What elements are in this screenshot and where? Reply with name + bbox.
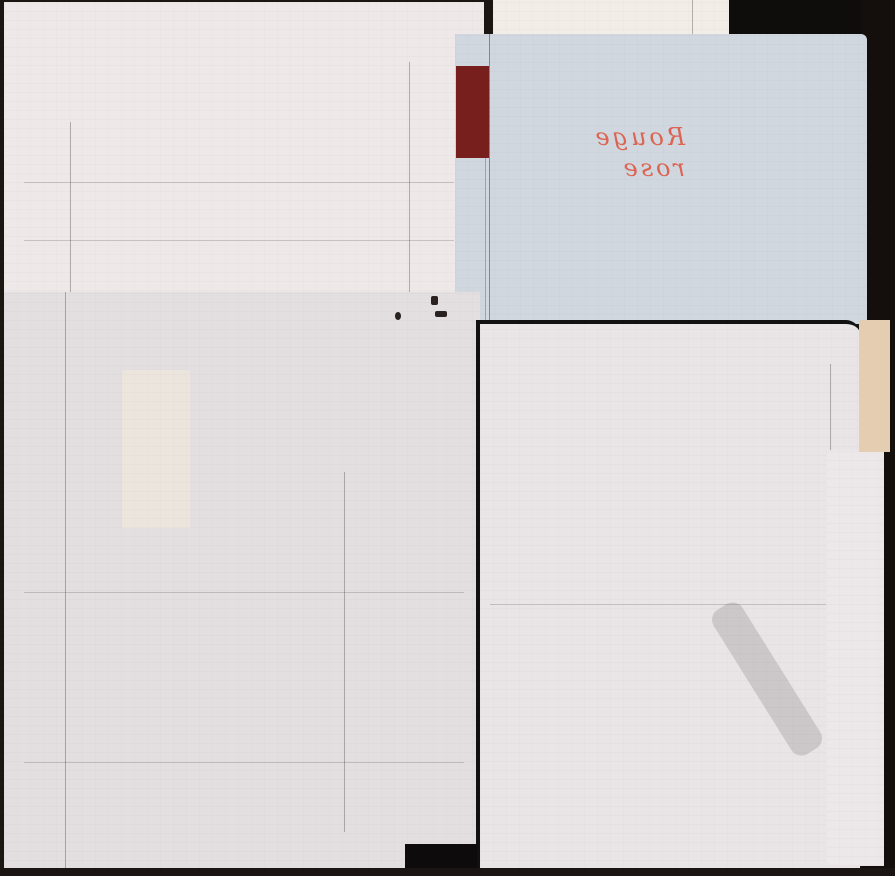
panel-bottom-left-grey xyxy=(4,292,480,870)
black-bar xyxy=(405,844,477,868)
paint-speck xyxy=(435,311,447,317)
oxblood-block xyxy=(456,66,489,158)
graphite-smudge xyxy=(708,598,827,760)
paint-speck xyxy=(431,296,438,305)
panel-right-edge-strip xyxy=(826,450,884,866)
panel-top-left-white xyxy=(4,2,484,300)
paint-speck xyxy=(395,312,401,320)
panel-bottom-right-white xyxy=(476,320,860,870)
handwriting-line-2: rose xyxy=(545,153,685,184)
red-handwriting: Rouge rose xyxy=(545,122,685,184)
artwork-canvas: Rouge rose xyxy=(0,0,895,876)
tan-tape xyxy=(859,320,890,452)
handwriting-line-1: Rouge xyxy=(545,122,685,153)
faint-cream-rectangle xyxy=(122,370,190,528)
dark-ground-bottom xyxy=(0,868,895,876)
